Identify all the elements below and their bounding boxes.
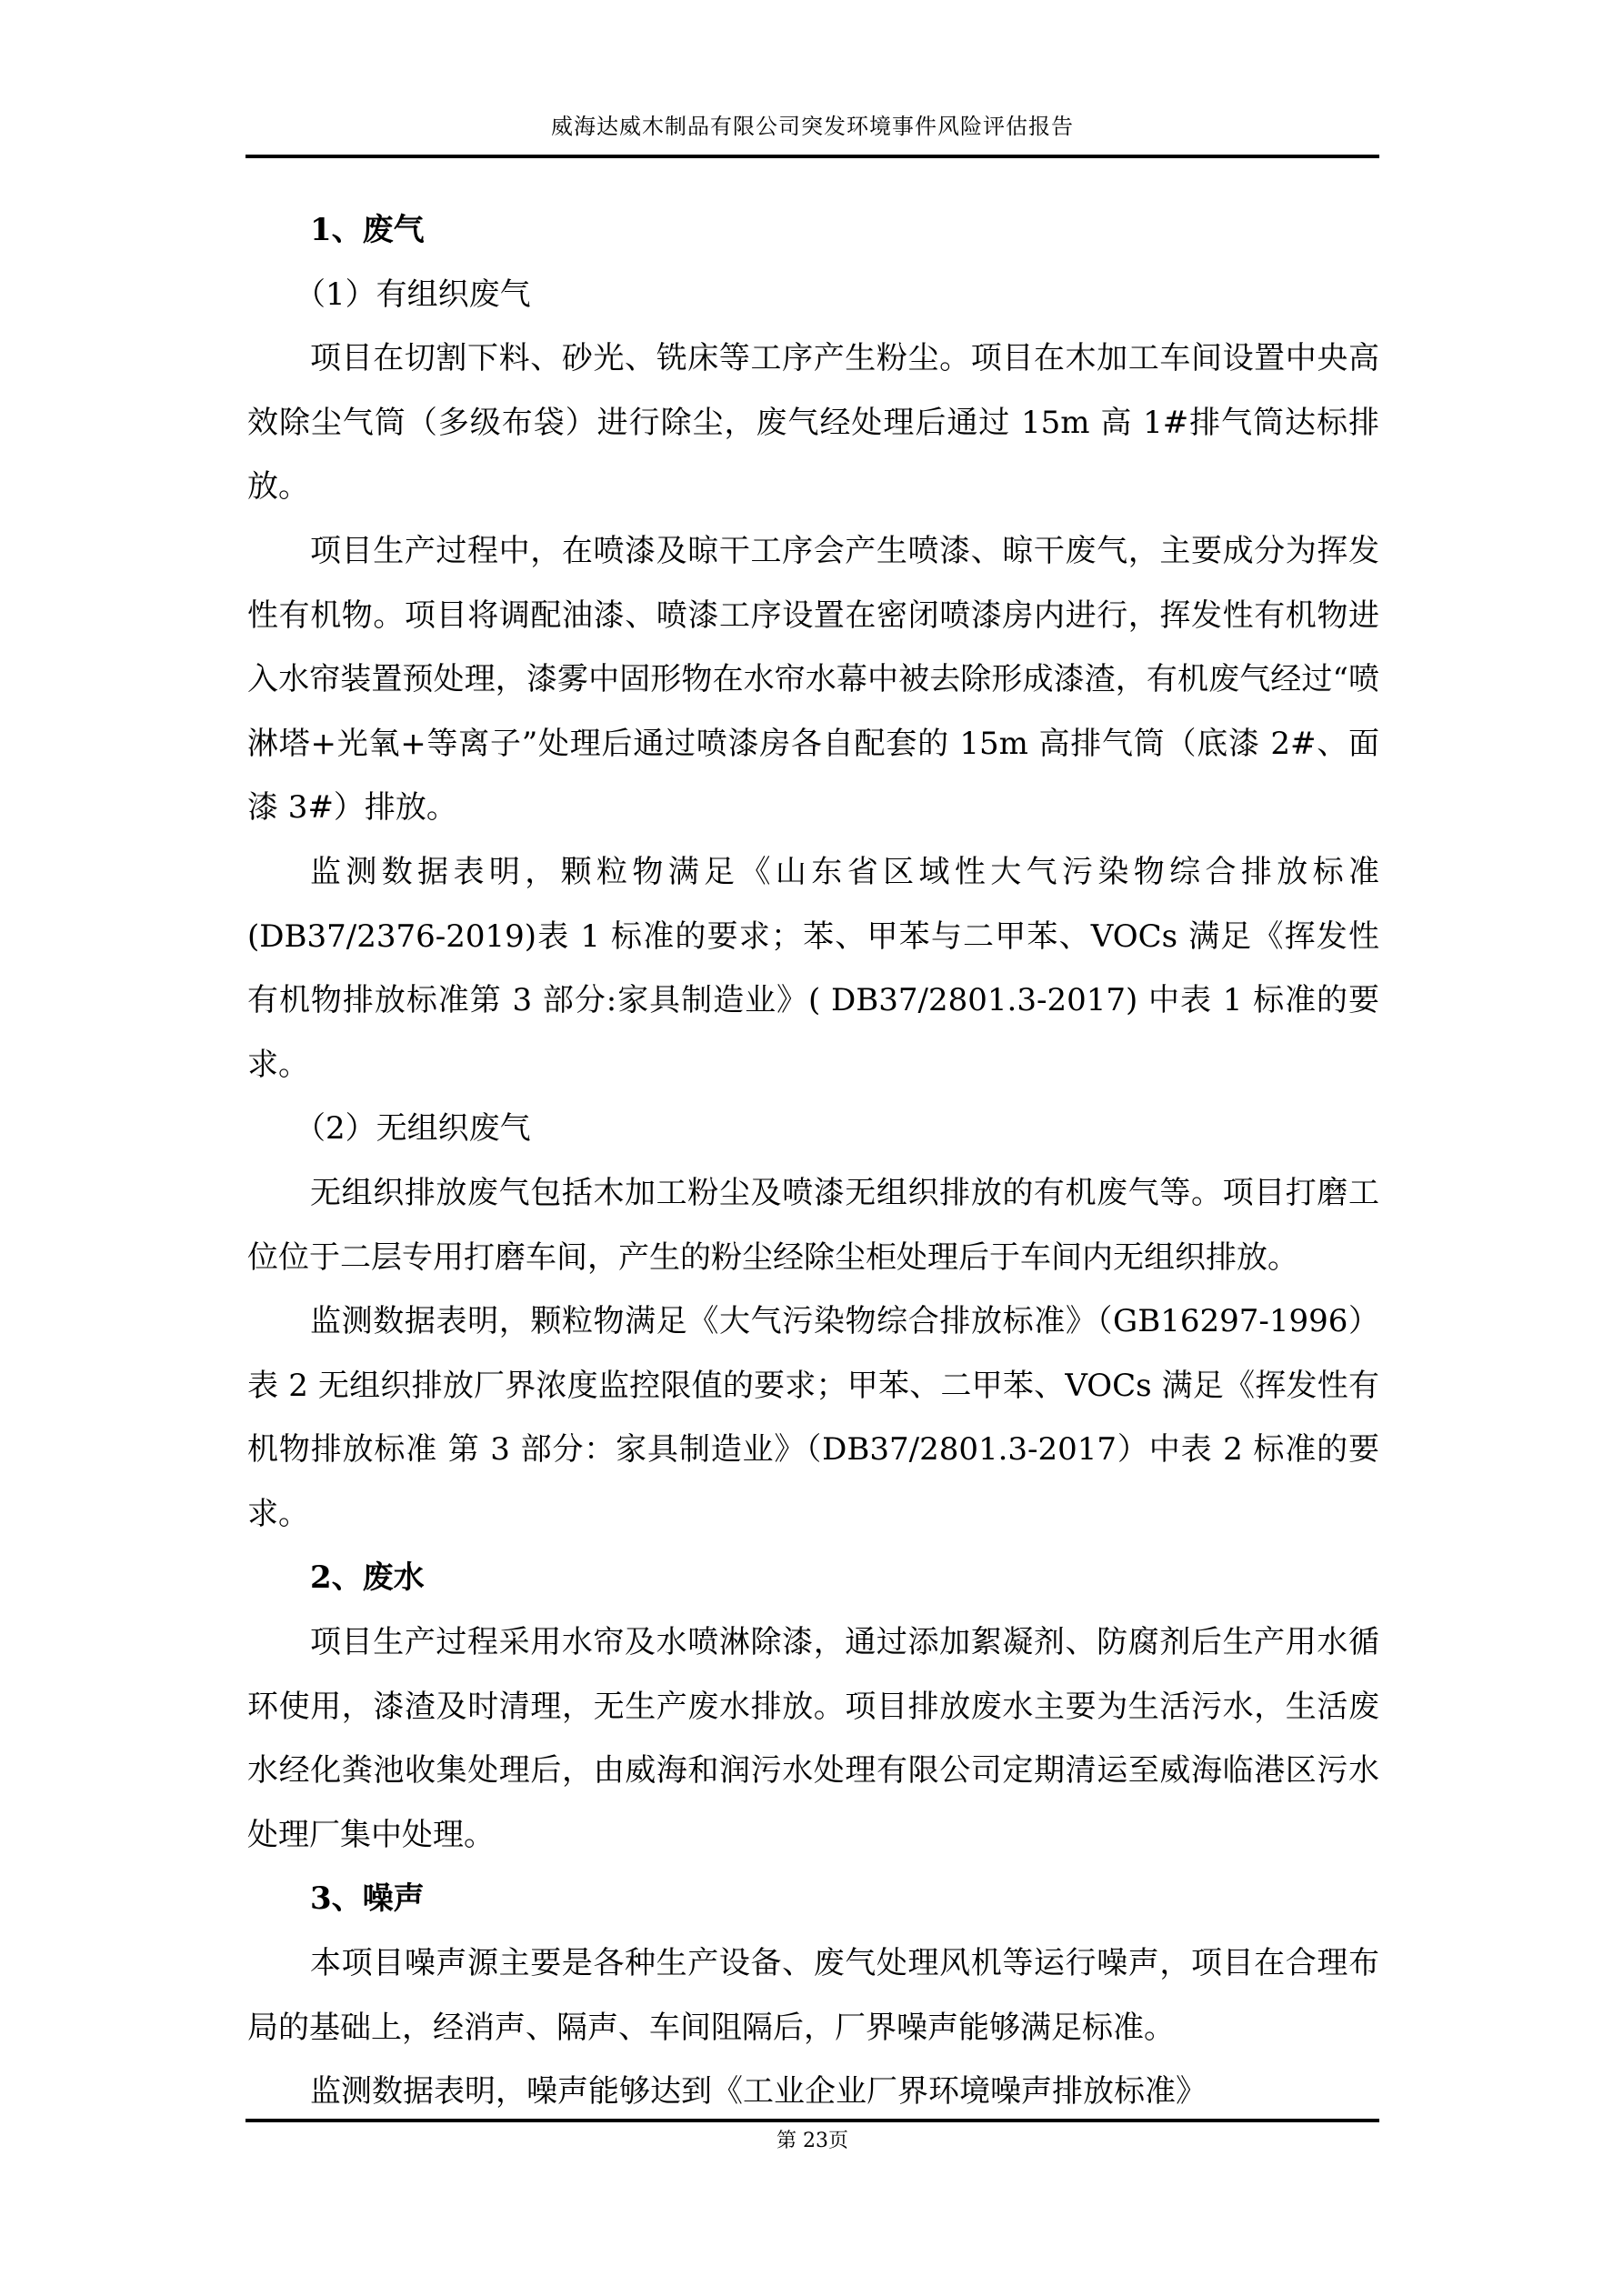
section-heading-exhaust-gas: 1、废气 (247, 198, 1379, 263)
header-rule (245, 155, 1379, 158)
paragraph: 无组织排放废气包括木加工粉尘及喷漆无组织排放的有机废气等。项目打磨工位位于二层专… (247, 1161, 1379, 1289)
paragraph: 项目在切割下料、砂光、铣床等工序产生粉尘。项目在木加工车间设置中央高效除尘气筒（… (247, 326, 1379, 519)
paragraph: 监测数据表明，噪声能够达到《工业企业厂界环境噪声排放标准》 (247, 2060, 1379, 2124)
subsection-title-fugitive-exhaust: （2）无组织废气 (247, 1097, 1379, 1161)
paragraph: 监测数据表明，颗粒物满足《大气污染物综合排放标准》（GB16297-1996）表… (247, 1289, 1379, 1546)
paragraph: 项目生产过程采用水帘及水喷淋除漆，通过添加絮凝剂、防腐剂后生产用水循环使用，漆渣… (247, 1610, 1379, 1867)
section-heading-wastewater: 2、废水 (247, 1546, 1379, 1610)
paragraph: 项目生产过程中，在喷漆及晾干工序会产生喷漆、晾干废气，主要成分为挥发性有机物。项… (247, 519, 1379, 840)
footer-rule (245, 2119, 1379, 2122)
subsection-title-organized-exhaust: （1）有组织废气 (247, 263, 1379, 327)
page-body: 1、废气 （1）有组织废气 项目在切割下料、砂光、铣床等工序产生粉尘。项目在木加… (247, 198, 1379, 2124)
running-header: 威海达威木制品有限公司突发环境事件风险评估报告 (245, 113, 1379, 140)
page-number: 第 23页 (245, 2128, 1379, 2155)
paragraph: 本项目噪声源主要是各种生产设备、废气处理风机等运行噪声，项目在合理布局的基础上，… (247, 1931, 1379, 2060)
paragraph: 监测数据表明，颗粒物满足《山东省区域性大气污染物综合排放标准(DB37/2376… (247, 840, 1379, 1097)
section-heading-noise: 3、噪声 (247, 1867, 1379, 1931)
